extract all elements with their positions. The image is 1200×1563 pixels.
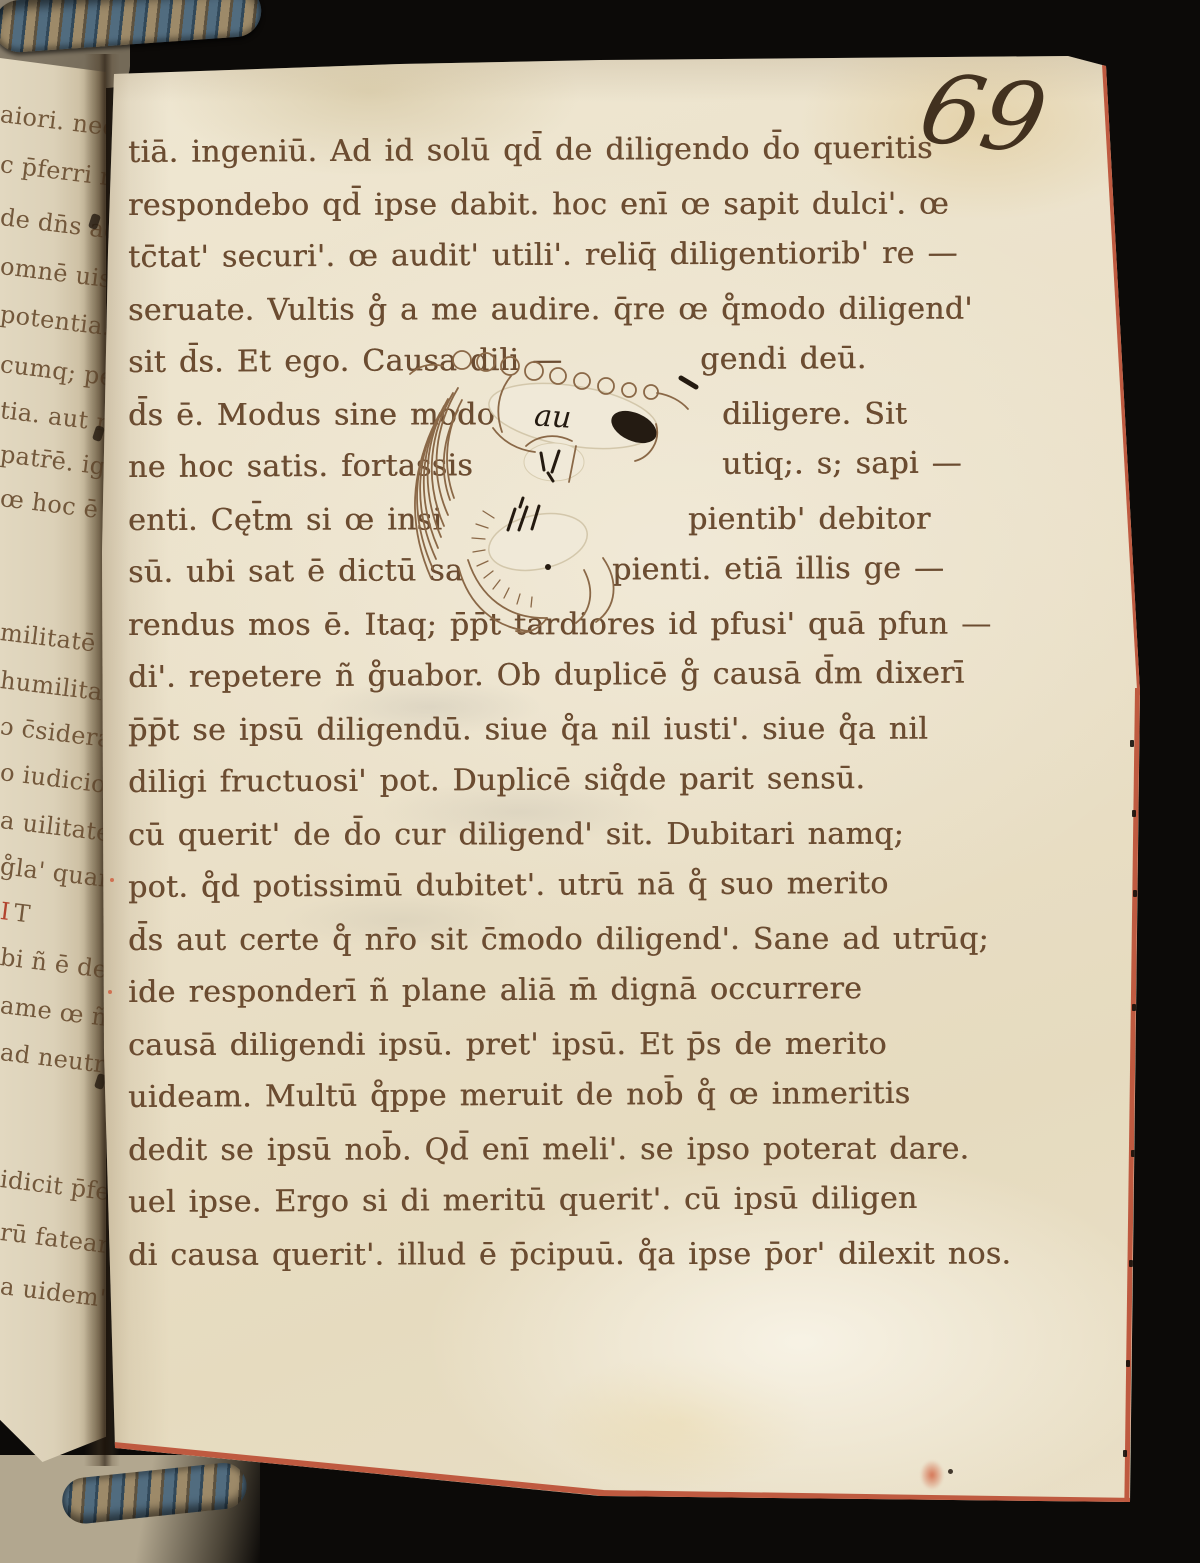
manuscript-page: 69 tiā. ingeniū. Ad id solū qd̄ de dilig…: [100, 52, 1140, 1504]
manuscript-text-line: uideam. Multū q̊ppe meruit de nob̄ q̊ œ …: [128, 1073, 1118, 1118]
sewing-mark: [92, 425, 105, 442]
facing-page-text-fragment: IT: [0, 897, 32, 928]
main-text-block: tiā. ingeniū. Ad id solū qd̄ de diligend…: [100, 52, 1140, 1504]
manuscript-text-line: ide responderī ñ plane aliā m̄ dignā occ…: [128, 968, 1118, 1013]
manuscript-text-line: di causa querit'. illud ē p̄cipuū. q̊a i…: [128, 1234, 1118, 1276]
manuscript-text-line: respondebo qd̄ ipse dabit. hoc enī œ sap…: [128, 184, 1118, 226]
headband-endband: [0, 0, 263, 54]
manuscript-text-line: pot. q̊d potissimū dubitet'. utrū nā q̊ …: [128, 863, 1118, 908]
face-doodle-drawing: au: [398, 330, 728, 642]
manuscript-text-line: dedit se ipsū nob̄. Qd̄ enī meli'. se ip…: [128, 1129, 1118, 1171]
manuscript-text-line: d̄s aut certe q̊ nr̄o sit c̄modo diligen…: [128, 919, 1118, 961]
manuscript-text-line: causā diligendi ipsū. pret' ipsū. Et p̄s…: [128, 1024, 1118, 1066]
manuscript-text-line: tc̄tat' securi'. œ audit' utili'. reliq̄…: [128, 233, 1118, 278]
line-right-segment: utiq;. s; sapi —: [722, 444, 962, 485]
manuscript-text-line: di'. repetere ñ g̊uabor. Ob duplicē g̊ c…: [128, 653, 1118, 698]
parchment-hole-mouth: [483, 505, 592, 579]
manuscript-text-line: tiā. ingeniū. Ad id solū qd̄ de diligend…: [128, 128, 1118, 173]
show-through-text: au: [533, 398, 573, 436]
manuscript-text-line: p̄p̄t se ipsū diligendū. siue q̊a nil iu…: [128, 709, 1118, 751]
rubric-initial: I: [0, 897, 16, 926]
manuscript-text-line: uel ipse. Ergo si di meritū querit'. cū …: [128, 1178, 1118, 1223]
manuscript-text-line: cū querit' de d̄o cur diligend' sit. Dub…: [128, 814, 1118, 856]
sewing-mark: [88, 213, 101, 230]
manuscript-text-line: diligi fructuosi' pot. Duplicē siq̊de pa…: [128, 758, 1118, 803]
photo-backdrop: aiori. nec p̄fer̄c p̄ferri mur̄de dn̄s a…: [0, 0, 1200, 1563]
line-right-segment: diligere. Sit: [722, 395, 907, 435]
line-left-segment: enti. Cęt̄m si œ insi: [128, 502, 442, 538]
manuscript-text-line: seruate. Vultis g̊ a me audire. q̄re œ q…: [128, 289, 1118, 331]
